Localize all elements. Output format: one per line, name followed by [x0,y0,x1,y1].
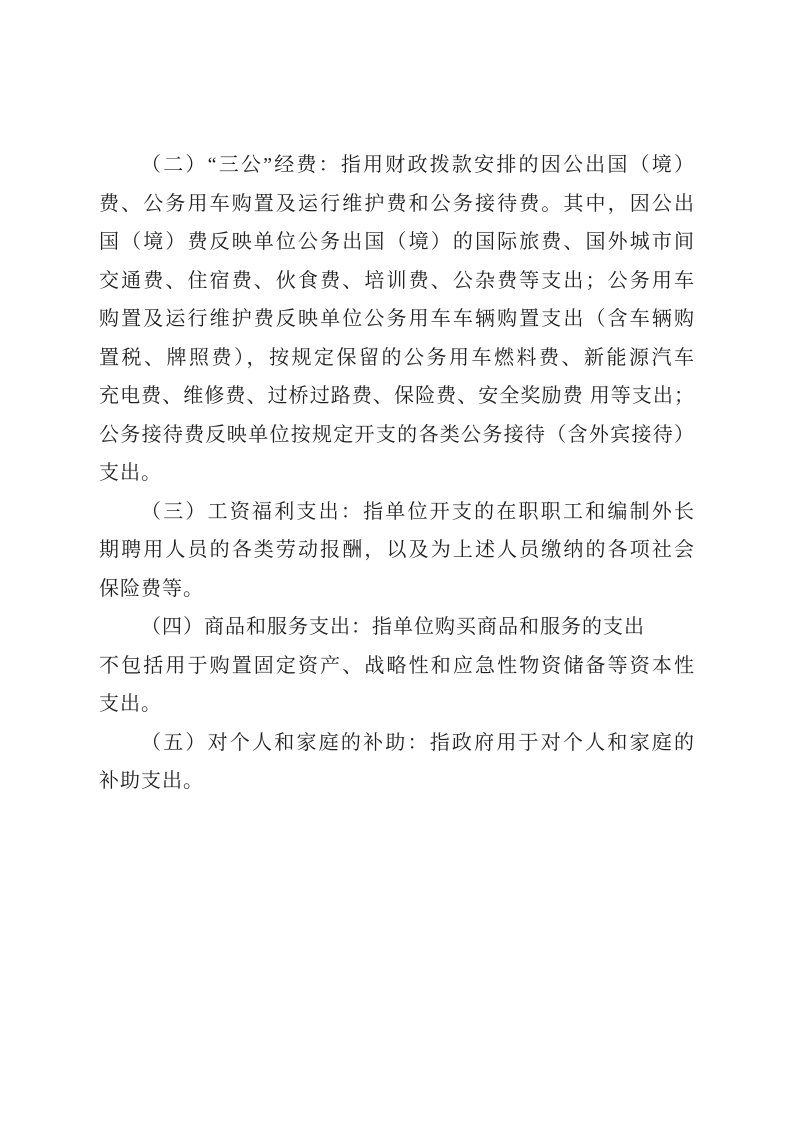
text-line: （二）“三公”经费：指用财政拨款安排的因公出国（境） [99,146,695,185]
item-3-wages-welfare-expenditure: （三）工资福利支出：指单位开支的在职职工和编制外长期聘用人员的各类劳动报酬，以及… [99,493,695,609]
text-line: 保险费等。 [99,570,695,609]
text-line: 购置及运行维护费反映单位公务用车车辆购置支出（含车辆购 [99,300,695,339]
text-line: 支出。 [99,685,695,724]
text-line: 不包括用于购置固定资产、战略性和应急性物资储备等资本性 [99,647,695,686]
text-line: 支出。 [99,454,695,493]
text-line: 期聘用人员的各类劳动报酬，以及为上述人员缴纳的各项社会 [99,531,695,570]
text-line: 费、公务用车购置及运行维护费和公务接待费。其中，因公出 [99,185,695,224]
item-5-individual-family-subsidy: （五）对个人和家庭的补助：指政府用于对个人和家庭的补助支出。 [99,724,695,801]
text-line: 交通费、住宿费、伙食费、培训费、公杂费等支出；公务用车 [99,262,695,301]
text-block: （二）“三公”经费：指用财政拨款安排的因公出国（境）费、公务用车购置及运行维护费… [99,146,695,801]
text-line: （四）商品和服务支出：指单位购买商品和服务的支出 [99,608,695,647]
document-page: （二）“三公”经费：指用财政拨款安排的因公出国（境）费、公务用车购置及运行维护费… [0,0,793,1122]
text-line: 公务接待费反映单位按规定开支的各类公务接待（含外宾接待） [99,416,695,455]
item-4-goods-services-expenditure-lead: （四）商品和服务支出：指单位购买商品和服务的支出 [99,608,695,647]
text-line: （三）工资福利支出：指单位开支的在职职工和编制外长 [99,493,695,532]
text-line: 充电费、维修费、过桥过路费、保险费、安全奖励费 用等支出； [99,377,695,416]
text-line: （五）对个人和家庭的补助：指政府用于对个人和家庭的 [99,724,695,763]
text-line: 补助支出。 [99,762,695,801]
text-line: 置税、牌照费），按规定保留的公务用车燃料费、新能源汽车 [99,339,695,378]
text-line: 国（境）费反映单位公务出国（境）的国际旅费、国外城市间 [99,223,695,262]
item-4-goods-services-expenditure-body: 不包括用于购置固定资产、战略性和应急性物资储备等资本性支出。 [99,647,695,724]
item-2-sangong-expenses: （二）“三公”经费：指用财政拨款安排的因公出国（境）费、公务用车购置及运行维护费… [99,146,695,493]
